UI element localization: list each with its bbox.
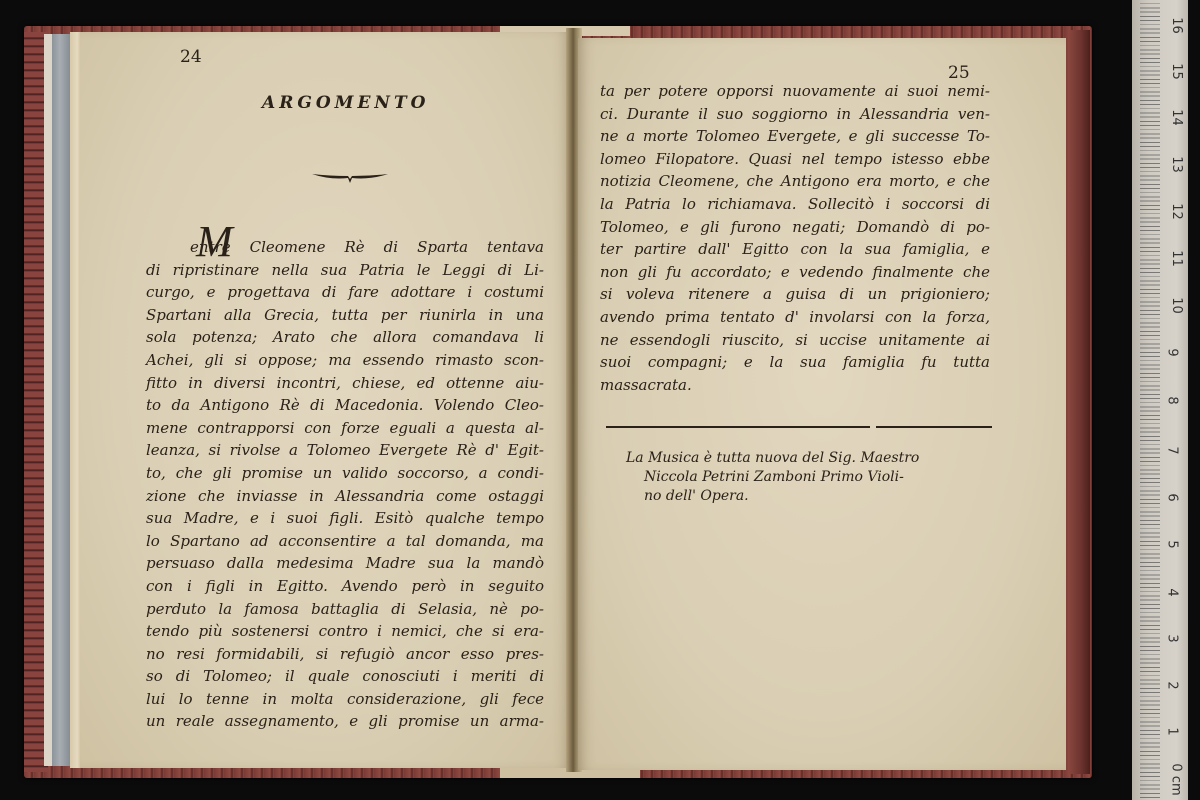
ruler-label: 9 bbox=[1165, 348, 1180, 356]
note-line: La Musica è tutta nuova del Sig. Maestro bbox=[626, 449, 919, 468]
ruler-label: 0 cm bbox=[1169, 763, 1184, 795]
text-line: to, che gli promise un valido soccorso, … bbox=[146, 462, 544, 485]
flyleaf-blue bbox=[52, 34, 72, 766]
text-line: si voleva ritenere a guisa di un prigion… bbox=[600, 283, 990, 306]
text-line: ci. Durante il suo soggiorno in Alessand… bbox=[600, 103, 990, 126]
text-line: so di Tolomeo; il quale conosciuti i mer… bbox=[146, 665, 544, 688]
text-line: perduto la famosa battaglia di Selasia, … bbox=[146, 598, 544, 621]
text-line: Spartani alla Grecia, tutta per riunirla… bbox=[146, 304, 544, 327]
text-line: ta per potere opporsi nuovamente ai suoi… bbox=[600, 80, 990, 103]
text-line: non gli fu accordato; e vedendo finalmen… bbox=[600, 261, 990, 284]
text-line: suoi compagni; e la sua famiglia fu tutt… bbox=[600, 351, 990, 374]
ruler-label: 11 bbox=[1169, 250, 1184, 267]
music-credit-note: La Musica è tutta nuova del Sig. Maestro… bbox=[626, 449, 919, 506]
text-line: con i figli in Egitto. Avendo però in se… bbox=[146, 575, 544, 598]
ruler-label: 1 bbox=[1165, 727, 1180, 735]
text-line: sua Madre, e i suoi figli. Esitò qualche… bbox=[146, 507, 544, 530]
text-line: zione che inviasse in Alessandria come o… bbox=[146, 485, 544, 508]
right-page-body: ta per potere opporsi nuovamente ai suoi… bbox=[600, 80, 990, 396]
note-line: Niccola Petrini Zamboni Primo Violi- bbox=[644, 468, 919, 487]
text-line: Achei, gli si oppose; ma essendo rimasto… bbox=[146, 349, 544, 372]
text-line: no resi formidabili, si refugiò ancor es… bbox=[146, 643, 544, 666]
ruler-label: 16 bbox=[1169, 17, 1184, 34]
ruler-label: 2 bbox=[1165, 681, 1180, 689]
text-line: lo Spartano ad acconsentire a tal domand… bbox=[146, 530, 544, 553]
ruler-label: 4 bbox=[1165, 588, 1180, 596]
text-line: di ripristinare nella sua Patria le Legg… bbox=[146, 259, 544, 282]
text-line: ne essendogli riuscito, si uccise unitam… bbox=[600, 329, 990, 352]
ruler-label: 3 bbox=[1165, 634, 1180, 642]
text-line: ne a morte Tolomeo Evergete, e gli succe… bbox=[600, 125, 990, 148]
text-line: Tolomeo, e gli furono negati; Domandò di… bbox=[600, 216, 990, 239]
text-line: sola potenza; Arato che allora comandava… bbox=[146, 326, 544, 349]
ornament-flourish-icon bbox=[310, 170, 390, 190]
text-line: fitto in diversi incontri, chiese, ed ot… bbox=[146, 372, 544, 395]
text-line: la Patria lo richiamava. Sollecitò i soc… bbox=[600, 193, 990, 216]
ruler-label: 12 bbox=[1169, 203, 1184, 220]
left-page-body: entre Cleomene Rè di Sparta tentava di r… bbox=[146, 236, 544, 733]
ruler-label: 8 bbox=[1165, 396, 1180, 404]
text-line: curgo, e progettava di fare adottare i c… bbox=[146, 281, 544, 304]
text-line: mene contrapporsi con forze eguali a que… bbox=[146, 417, 544, 440]
text-line: lomeo Filopatore. Quasi nel tempo istess… bbox=[600, 148, 990, 171]
ruler-label: 14 bbox=[1169, 109, 1184, 126]
divider-rule-right bbox=[876, 426, 992, 428]
ruler-label: 15 bbox=[1169, 63, 1184, 80]
ruler-label: 5 bbox=[1165, 540, 1180, 548]
text-line: un reale assegnamento, e gli promise un … bbox=[146, 710, 544, 733]
text-line: entre Cleomene Rè di Sparta tentava bbox=[190, 236, 544, 259]
ruler-label: 6 bbox=[1165, 493, 1180, 501]
text-line: tendo più sostenersi contro i nemici, ch… bbox=[146, 620, 544, 643]
divider-rule-left bbox=[606, 426, 870, 428]
text-line: to da Antigono Rè di Macedonia. Volendo … bbox=[146, 394, 544, 417]
ruler-label: 13 bbox=[1169, 156, 1184, 173]
cover-right-edge bbox=[1068, 30, 1090, 774]
ruler-ticks bbox=[1140, 0, 1160, 800]
text-line: lui lo tenne in molta considerazione, gl… bbox=[146, 688, 544, 711]
text-line: notizia Cleomene, che Antigono era morto… bbox=[600, 170, 990, 193]
text-line: massacrata. bbox=[600, 374, 990, 397]
text-line: leanza, si rivolse a Tolomeo Evergete Rè… bbox=[146, 439, 544, 462]
page-number-left: 24 bbox=[180, 47, 202, 67]
text-line: avendo prima tentato d' involarsi con la… bbox=[600, 306, 990, 329]
section-title: ARGOMENTO bbox=[262, 93, 429, 113]
ruler-label: 10 bbox=[1169, 297, 1184, 314]
text-line: ter partire dall' Egitto con la sua fami… bbox=[600, 238, 990, 261]
note-line: no dell' Opera. bbox=[644, 487, 919, 506]
ruler-label: 7 bbox=[1165, 446, 1180, 454]
text-line: persuaso dalla medesima Madre sua la man… bbox=[146, 552, 544, 575]
